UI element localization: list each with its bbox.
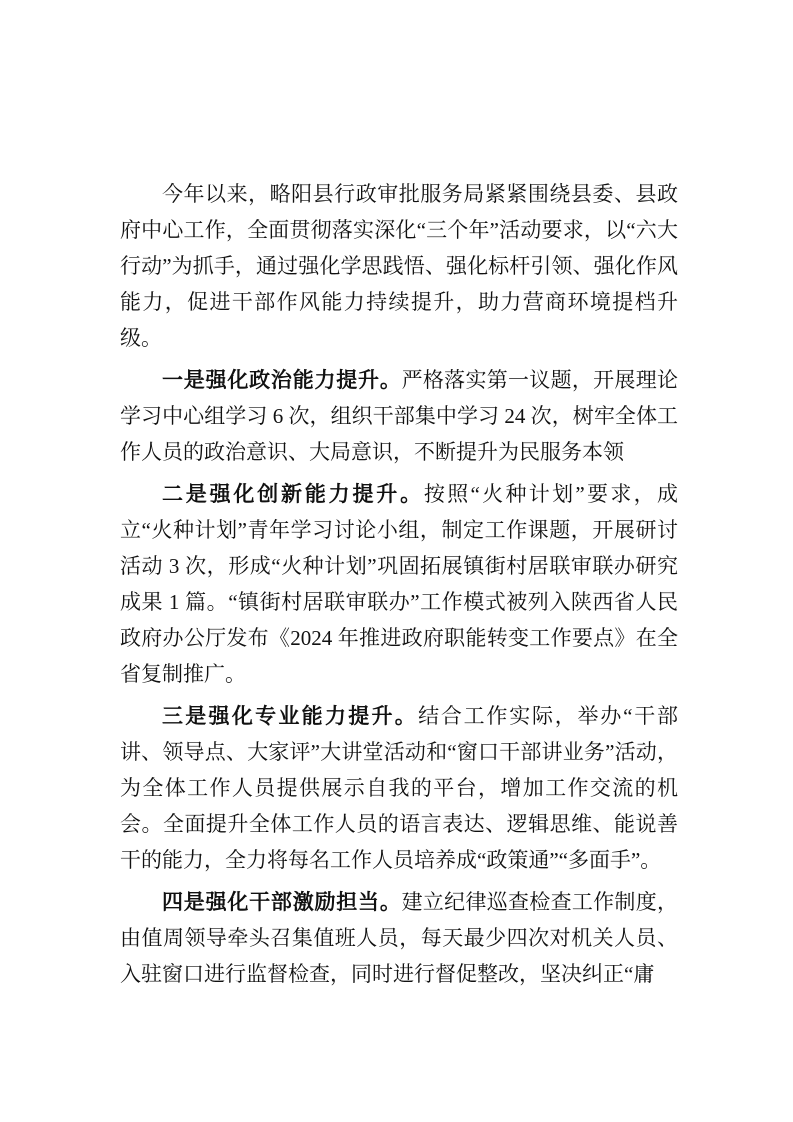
paragraph-lead: 一是强化政治能力提升。 [162,368,402,392]
paragraph-text: 结合工作实际，举办“干部讲、领导点、大家评”大讲堂活动和“窗口干部讲业务”活动，… [120,704,678,872]
document-body: 今年以来，略阳县行政审批服务局紧紧围绕县委、县政府中心工作，全面贯彻落实深化“三… [120,176,678,992]
paragraph-lead: 四是强化干部激励担当。 [162,890,402,914]
paragraph-point-1: 一是强化政治能力提升。严格落实第一议题，开展理论学习中心组学习 6 次，组织干部… [120,362,678,470]
paragraph-text: 今年以来，略阳县行政审批服务局紧紧围绕县委、县政府中心工作，全面贯彻落实深化“三… [120,182,678,350]
paragraph-lead: 三是强化专业能力提升。 [162,704,418,728]
paragraph-point-3: 三是强化专业能力提升。结合工作实际，举办“干部讲、领导点、大家评”大讲堂活动和“… [120,698,678,878]
paragraph-lead: 二是强化创新能力提升。 [162,482,424,506]
paragraph-point-4: 四是强化干部激励担当。建立纪律巡查检查工作制度，由值周领导牵头召集值班人员，每天… [120,884,678,992]
document-page: 今年以来，略阳县行政审批服务局紧紧围绕县委、县政府中心工作，全面贯彻落实深化“三… [0,0,793,1122]
paragraph-text: 按照“火种计划”要求，成立“火种计划”青年学习讨论小组，制定工作课题，开展研讨活… [120,482,678,686]
paragraph-point-2: 二是强化创新能力提升。按照“火种计划”要求，成立“火种计划”青年学习讨论小组，制… [120,476,678,692]
paragraph-intro: 今年以来，略阳县行政审批服务局紧紧围绕县委、县政府中心工作，全面贯彻落实深化“三… [120,176,678,356]
